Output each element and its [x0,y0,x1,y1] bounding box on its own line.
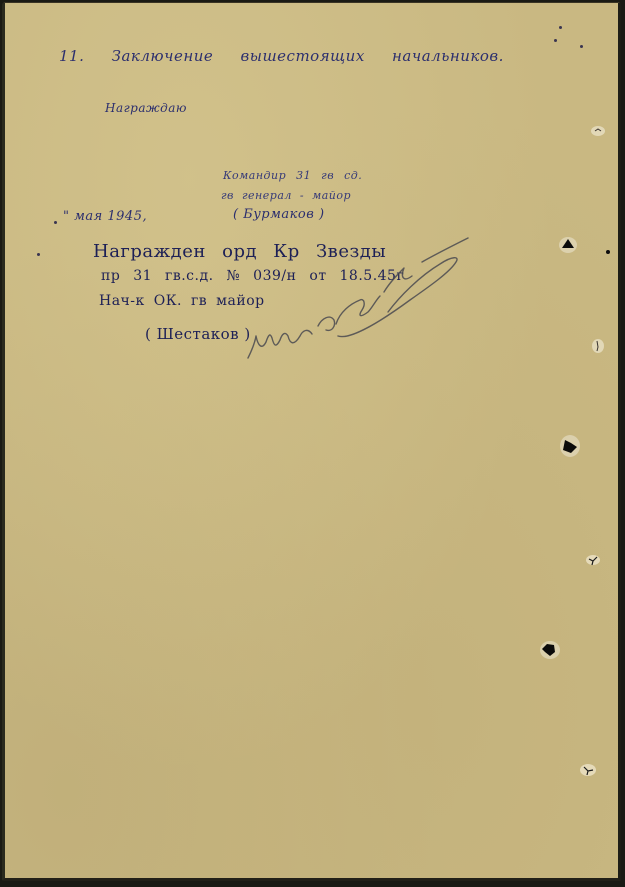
punch-hole-6 [539,640,561,660]
date-line: " мая 1945, [63,209,147,224]
ink-speck [559,26,562,29]
ink-speck [54,221,57,224]
commander-rank: гв генерал - майор [221,189,351,202]
award-note-line3: Нач-к ОК. гв майор [99,293,265,309]
ink-dot [606,250,610,254]
punch-hole-7 [579,763,597,777]
document-page: 11. Заключение вышестоящих начальников. … [2,2,621,881]
award-note-signer: ( Шестаков ) [145,325,251,343]
ink-speck [580,45,583,48]
award-note-line2: пр 31 гв.с.д. № 039/н от 18.5.45г [101,268,404,284]
award-note-line1: Награжден орд Кр Звезды [93,241,386,262]
commander-title: Командир 31 гв сд. [223,169,362,182]
punch-hole-1 [590,124,606,138]
recommendation-text: Награждаю [105,101,187,115]
punch-hole-2 [558,236,578,254]
punch-hole-3 [591,338,605,354]
ink-speck [554,39,557,42]
punch-hole-4 [559,434,581,458]
punch-hole-5 [585,553,601,567]
section-heading: 11. Заключение вышестоящих начальников. [59,47,504,65]
ink-speck [37,253,40,256]
commander-name: ( Бурмаков ) [233,207,325,222]
